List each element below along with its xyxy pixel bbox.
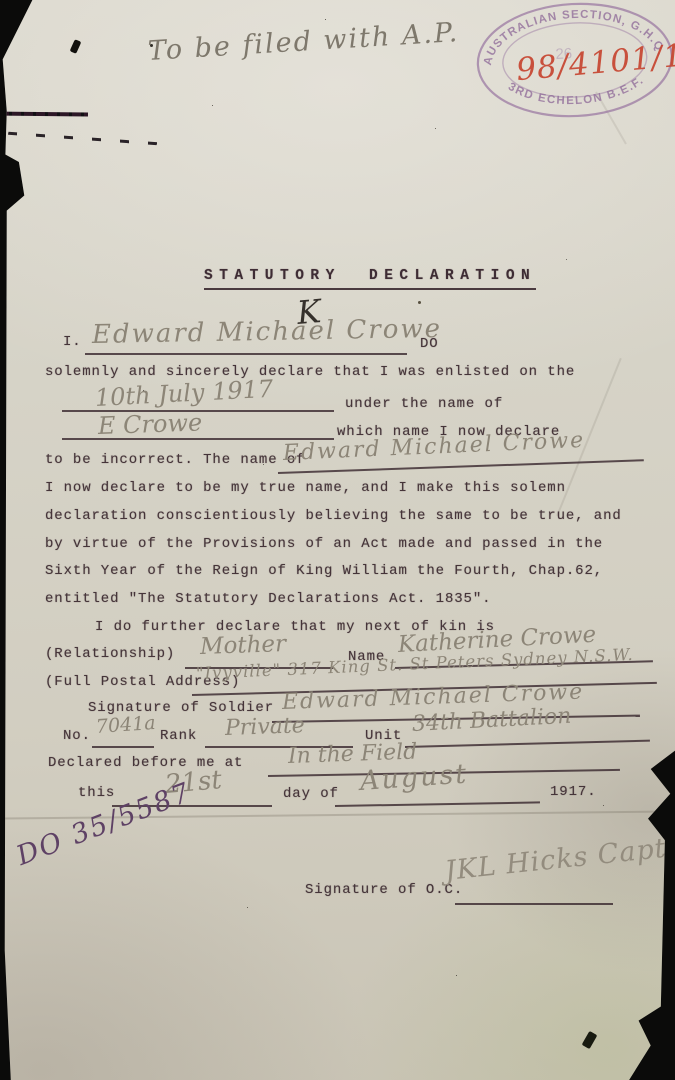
field-underline — [405, 740, 650, 748]
true-name-field: Edward Michael Crowe — [282, 428, 585, 466]
rank-field: Private — [225, 713, 306, 741]
top-filing-note: To be filed with A.P. — [147, 17, 460, 67]
day-of-label: day of — [283, 786, 339, 802]
rank-label: Rank — [160, 728, 197, 744]
paper-sheet: To be filed with A.P. ✦ AUSTRALIAN SECTI… — [0, 0, 675, 1080]
field-underline — [335, 801, 540, 807]
do-label: DO — [420, 336, 439, 352]
body-line-5: Sixth Year of the Reign of King William … — [45, 563, 603, 579]
service-number-field: 7041a — [95, 712, 156, 738]
relationship-label: (Relationship) — [45, 646, 175, 662]
number-label: No. — [63, 728, 91, 744]
body-line-6: entitled "The Statutory Declarations Act… — [45, 591, 491, 607]
month-field: August — [359, 758, 469, 796]
enlisted-name-field: E Crowe — [98, 408, 203, 440]
oc-signature-label: Signature of O.C. — [305, 882, 463, 898]
i-label: I. — [63, 334, 82, 350]
body-line-1: solemnly and sincerely declare that I wa… — [45, 364, 575, 380]
year-label: 1917. — [550, 784, 597, 800]
field-underline — [85, 353, 407, 355]
oc-signature-field: JKL Hicks Capt — [443, 833, 668, 887]
declarant-name-field: Edward Michael Crowe — [92, 314, 443, 350]
relationship-field: Mother — [200, 631, 287, 660]
ink-dashes — [8, 132, 158, 145]
body-line-4: by virtue of the Provisions of an Act ma… — [45, 536, 603, 552]
incorrect-label: to be incorrect. The name of — [45, 452, 305, 468]
stitch-mark — [0, 112, 88, 117]
enlist-date-field: 10th July 1917 — [94, 375, 274, 412]
ink-blot — [70, 39, 82, 54]
body-line-2: I now declare to be my true name, and I … — [45, 480, 566, 496]
scanned-document: To be filed with A.P. ✦ AUSTRALIAN SECTI… — [0, 0, 675, 1080]
body-line-3: declaration conscientiously believing th… — [45, 508, 622, 524]
field-underline — [455, 903, 613, 905]
document-title: STATUTORY DECLARATION — [204, 268, 536, 290]
this-label: this — [78, 785, 115, 801]
under-name-label: under the name of — [345, 396, 503, 412]
ink-blot-bottom — [582, 1031, 598, 1049]
field-underline — [92, 746, 154, 748]
